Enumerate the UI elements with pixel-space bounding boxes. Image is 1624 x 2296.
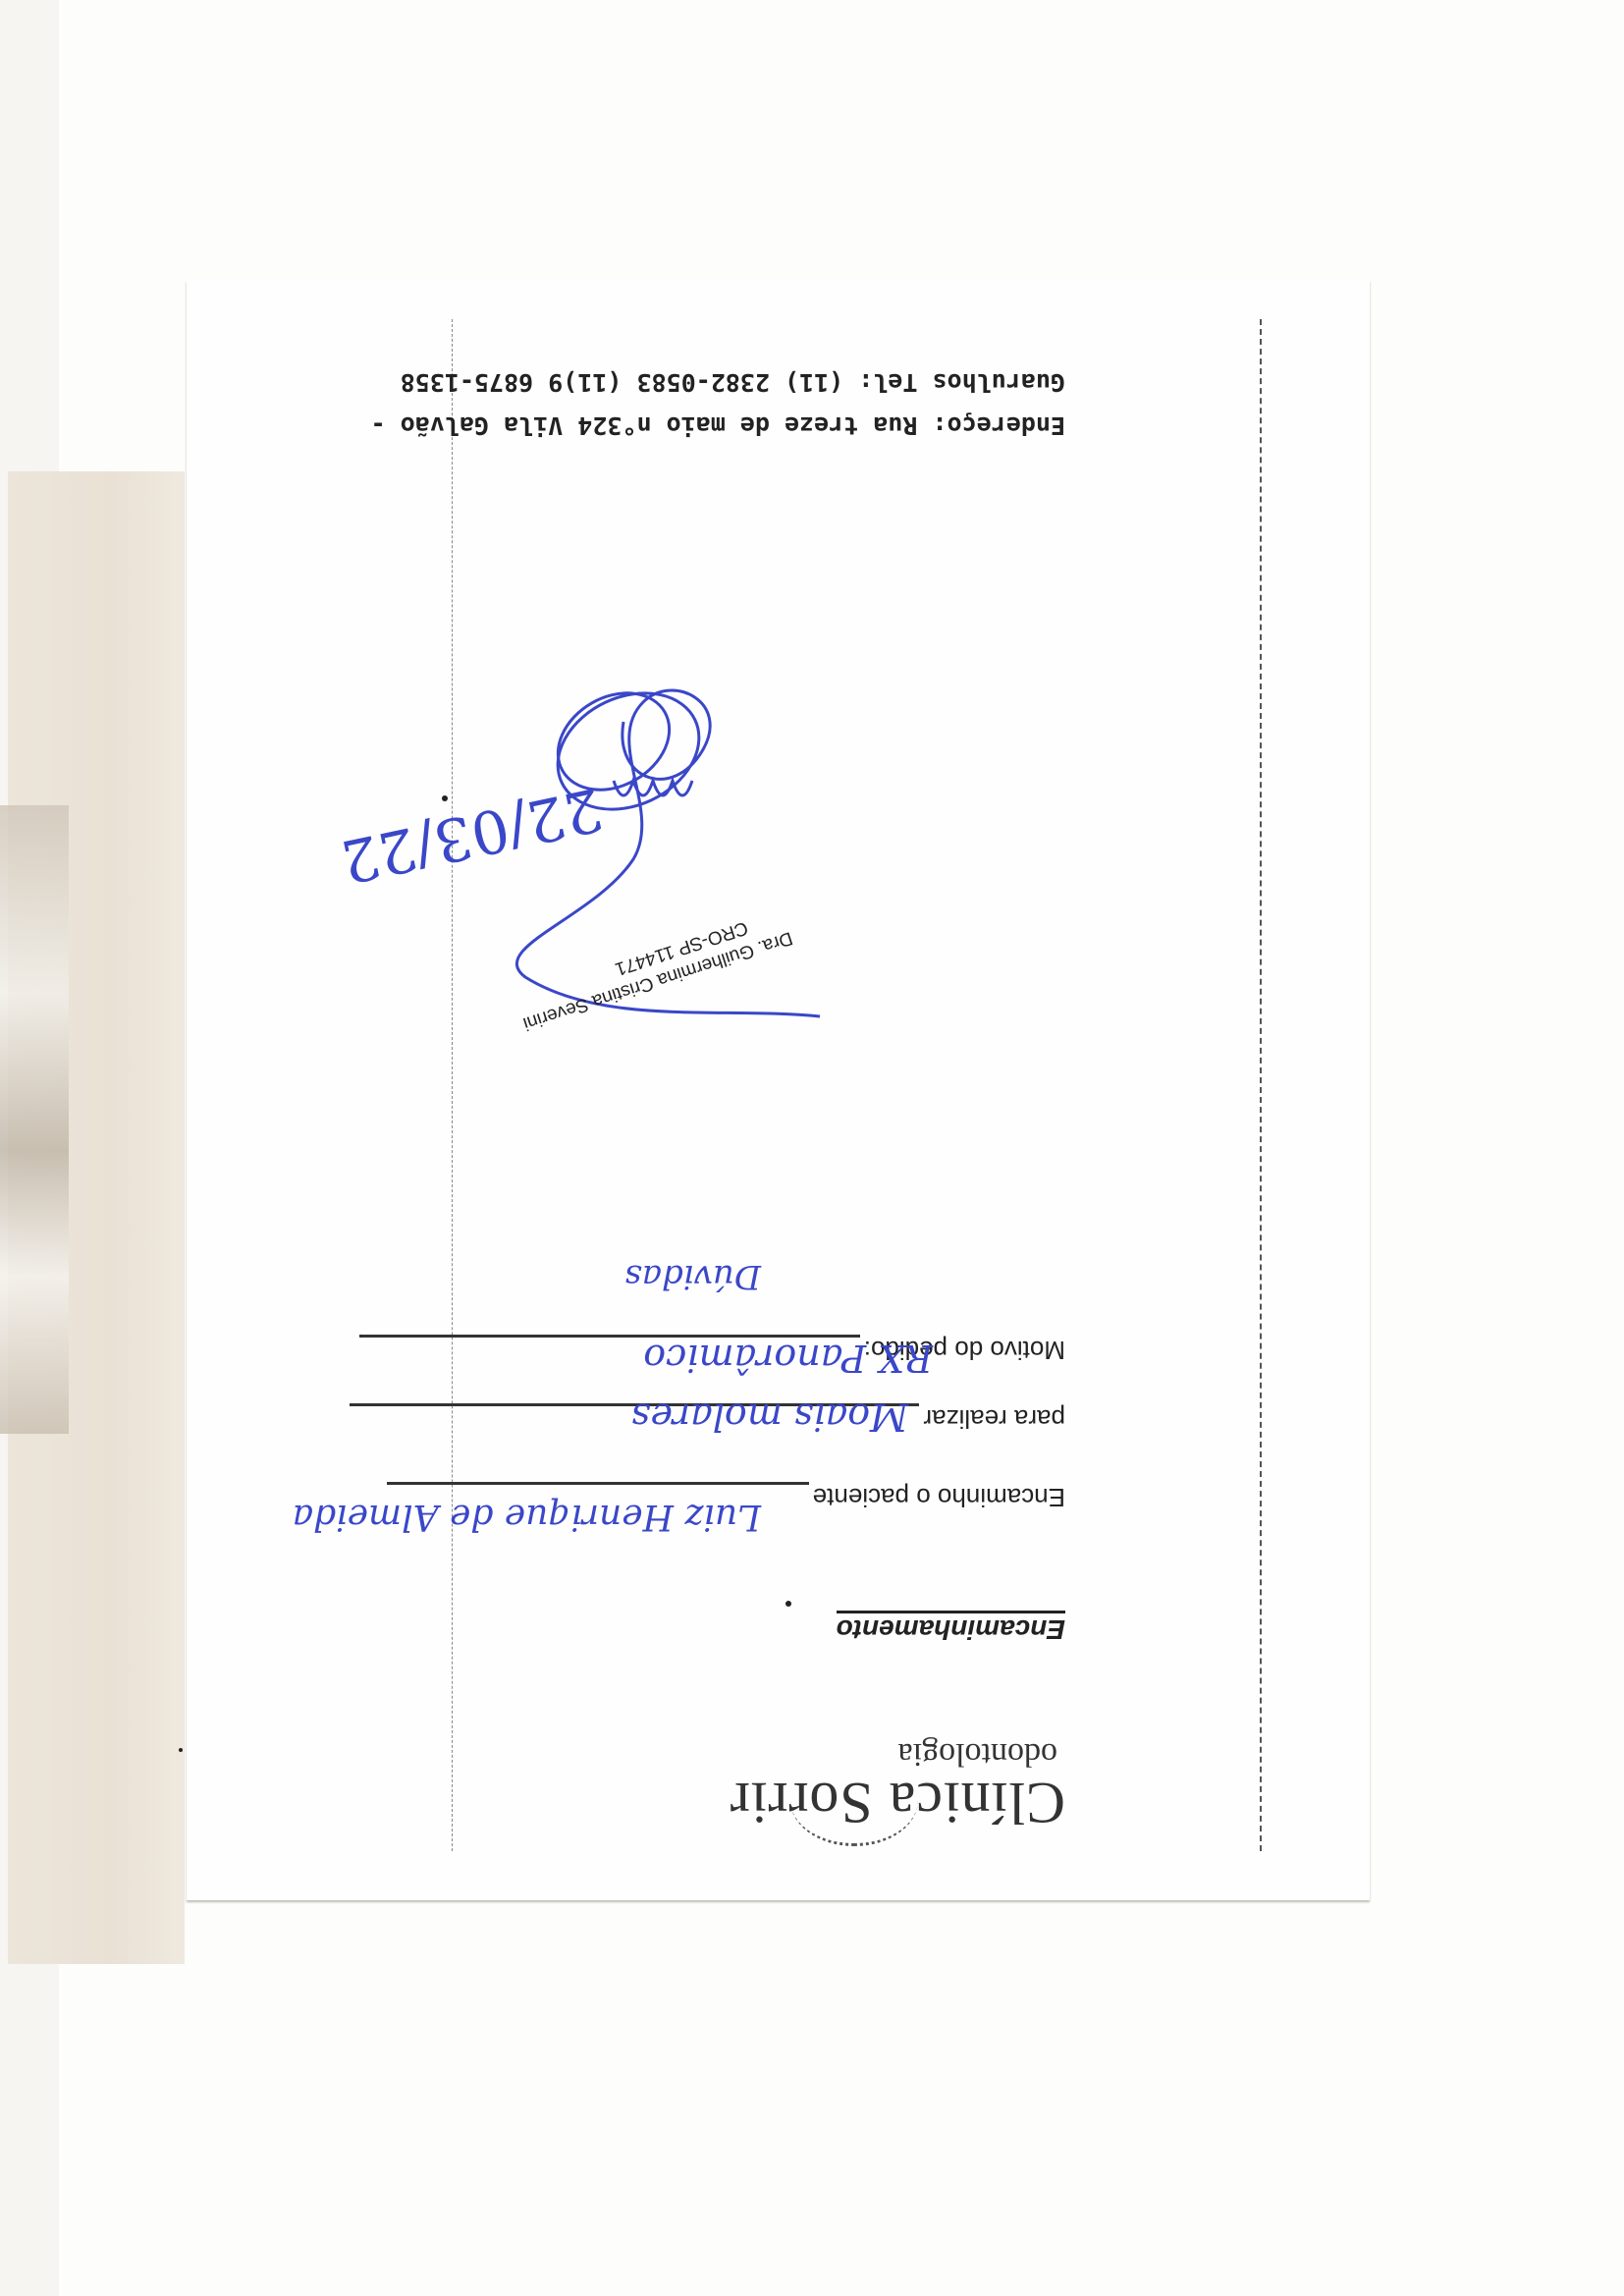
reason-continuation-handwritten: Dúvidas <box>624 1257 761 1296</box>
exam-handwritten: Moais molares <box>631 1395 908 1439</box>
scan-speck <box>179 1748 183 1752</box>
field-exam-label: para realizar <box>923 1403 1065 1434</box>
scan-speck <box>785 1601 791 1607</box>
dashed-border-left <box>1260 319 1262 1851</box>
patient-name-handwritten: Luiz Henrique de Almeida <box>293 1497 761 1537</box>
field-patient-label: Encaminho o paciente <box>813 1482 1065 1512</box>
referral-sheet: Clínica Sorrir odontologia Encaminhament… <box>187 280 1370 1900</box>
torn-paper-edge <box>0 805 69 1434</box>
address-line-1: Endereço: Rua treze de maio n°324 Vila G… <box>371 404 1065 447</box>
document-title: Encaminhamento <box>837 1611 1065 1645</box>
field-patient-line <box>387 1482 809 1485</box>
dashed-border-right <box>452 319 453 1851</box>
rotated-content: Clínica Sorrir odontologia Encaminhament… <box>187 280 1370 1900</box>
scan-speck <box>442 795 448 801</box>
reason-handwritten: RX Panorâmico <box>643 1337 933 1380</box>
clinic-logo: Clínica Sorrir odontologia <box>730 1735 1065 1836</box>
address-line-2: Guarulhos Tel: (11) 2382-0583 (11)9 6875… <box>371 360 1065 404</box>
clinic-address: Endereço: Rua treze de maio n°324 Vila G… <box>371 360 1065 447</box>
logo-smile-arc <box>790 1755 918 1846</box>
